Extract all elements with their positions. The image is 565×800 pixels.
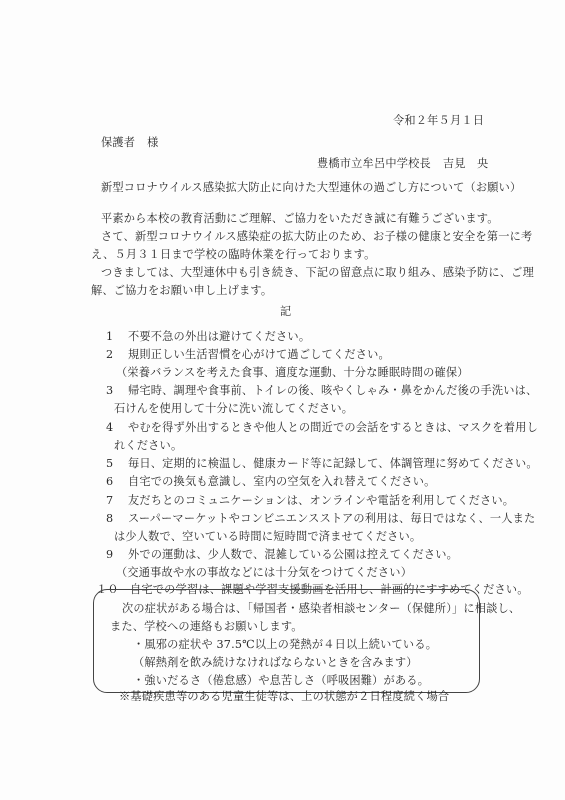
body-line: さて、新型コロナウイルス感染症の拡大防止のため、お子様の健康と安全を第一に考: [101, 230, 532, 244]
addressee: 保護者様: [101, 136, 159, 150]
item-number: 5: [106, 457, 128, 471]
item-number: 8: [106, 512, 128, 526]
sender-title: 豊橋市立牟呂中学校長: [317, 157, 431, 170]
document-date: 令和２年５月１日: [393, 114, 484, 128]
item-text: 外での運動は、少人数で、混雑している公園は控えてください。: [128, 548, 458, 561]
item-number: 4: [106, 421, 128, 435]
item-number: 9: [106, 548, 128, 562]
item-number: 1: [106, 330, 128, 344]
item-continuation: れください。: [114, 439, 182, 453]
body-line: 解、ご協力をお願い申し上げます。: [91, 284, 272, 298]
notice-intro: 次の症状がある場合は、「帰国者・感染者相談センター（保健所）」に相談し、: [122, 602, 520, 616]
item-continuation: 石けんを使用して十分に洗い流してください。: [114, 402, 353, 416]
item-text: やむを得ず外出するときや他人との間近での会話をするときは、マスクを着用し: [128, 421, 538, 434]
item-number: 7: [106, 494, 128, 508]
item-text: 規則正しい生活習慣を心がけて過ごしてください。: [128, 348, 390, 361]
list-item: 8スーパーマーケットやコンビニエンスストアの利用は、毎日ではなく、一人また: [106, 512, 535, 526]
item-continuation: （栄養バランスを考えた食事、適度な運動、十分な睡眠時間の確保）: [116, 366, 469, 380]
notice-note: ※基礎疾患等のある児童生徒等は、上の状態が２日程度続く場合: [119, 690, 449, 704]
item-number: 3: [106, 384, 128, 398]
item-continuation: は少人数で、空いている時間に短時間で済ませてください。: [114, 530, 421, 544]
symptom-note: （解熱剤を飲み続けなければならないときを含みます）: [133, 656, 418, 670]
item-continuation: （交通事故や水の事故などには十分気をつけてください）: [116, 566, 412, 580]
item-number: 6: [106, 475, 128, 489]
body-line: え、５月３１日まで学校の臨時休業を行っております。: [91, 248, 375, 262]
symptom-item: ・風邪の症状や 37.5℃以上の発熱が４日以上続いている。: [133, 638, 437, 652]
document-title: 新型コロナウイルス感染拡大防止に向けた大型連休の過ごし方について（お願い）: [101, 181, 521, 195]
list-item: 9外での運動は、少人数で、混雑している公園は控えてください。: [106, 548, 458, 562]
symptom-item: ・強いだるさ（倦怠感）や息苦しさ（呼吸困難）がある。: [133, 674, 429, 688]
addressee-suffix: 様: [147, 136, 158, 149]
item-text: 自宅での換気も意識し、室内の空気を入れ替えてください。: [128, 475, 435, 488]
list-item: 7友だちとのコミュニケーションは、オンラインや電話を利用してください。: [106, 494, 514, 508]
list-item: 2規則正しい生活習慣を心がけて過ごしてください。: [106, 348, 390, 362]
sender-name: 吉見 央: [443, 157, 489, 170]
addressee-label: 保護者: [101, 136, 135, 149]
ki-heading: 記: [280, 305, 291, 319]
body-line: 平素から本校の教育活動にご理解、ご協力をいただき誠に有難うございます。: [101, 212, 499, 226]
item-number: 2: [106, 348, 128, 362]
item-text: スーパーマーケットやコンビニエンスストアの利用は、毎日ではなく、一人また: [128, 512, 535, 525]
list-item: 4やむを得ず外出するときや他人との間近での会話をするときは、マスクを着用し: [106, 421, 538, 435]
item-text: 不要不急の外出は避けてください。: [128, 330, 310, 343]
list-item: 1不要不急の外出は避けてください。: [106, 330, 310, 344]
document-page: 令和２年５月１日 保護者様 豊橋市立牟呂中学校長吉見 央 新型コロナウイルス感染…: [0, 0, 565, 800]
sender: 豊橋市立牟呂中学校長吉見 央: [317, 157, 488, 171]
item-text: 友だちとのコミュニケーションは、オンラインや電話を利用してください。: [128, 494, 514, 507]
body-line: つきましては、大型連休中も引き続き、下記の留意点に取り組み、感染予防に、ご理: [101, 266, 534, 280]
notice-intro: また、学校への連絡もお願いします。: [110, 620, 303, 634]
list-item: 6自宅での換気も意識し、室内の空気を入れ替えてください。: [106, 475, 435, 489]
item-text: 毎日、定期的に検温し、健康カード等に記録して、体調管理に努めてください。: [128, 457, 538, 470]
list-item: 3帰宅時、調理や食事前、トイレの後、咳やくしゃみ・鼻をかんだ後の手洗いは、: [106, 384, 537, 398]
list-item: 5毎日、定期的に検温し、健康カード等に記録して、体調管理に努めてください。: [106, 457, 538, 471]
item-text: 帰宅時、調理や食事前、トイレの後、咳やくしゃみ・鼻をかんだ後の手洗いは、: [128, 384, 537, 397]
